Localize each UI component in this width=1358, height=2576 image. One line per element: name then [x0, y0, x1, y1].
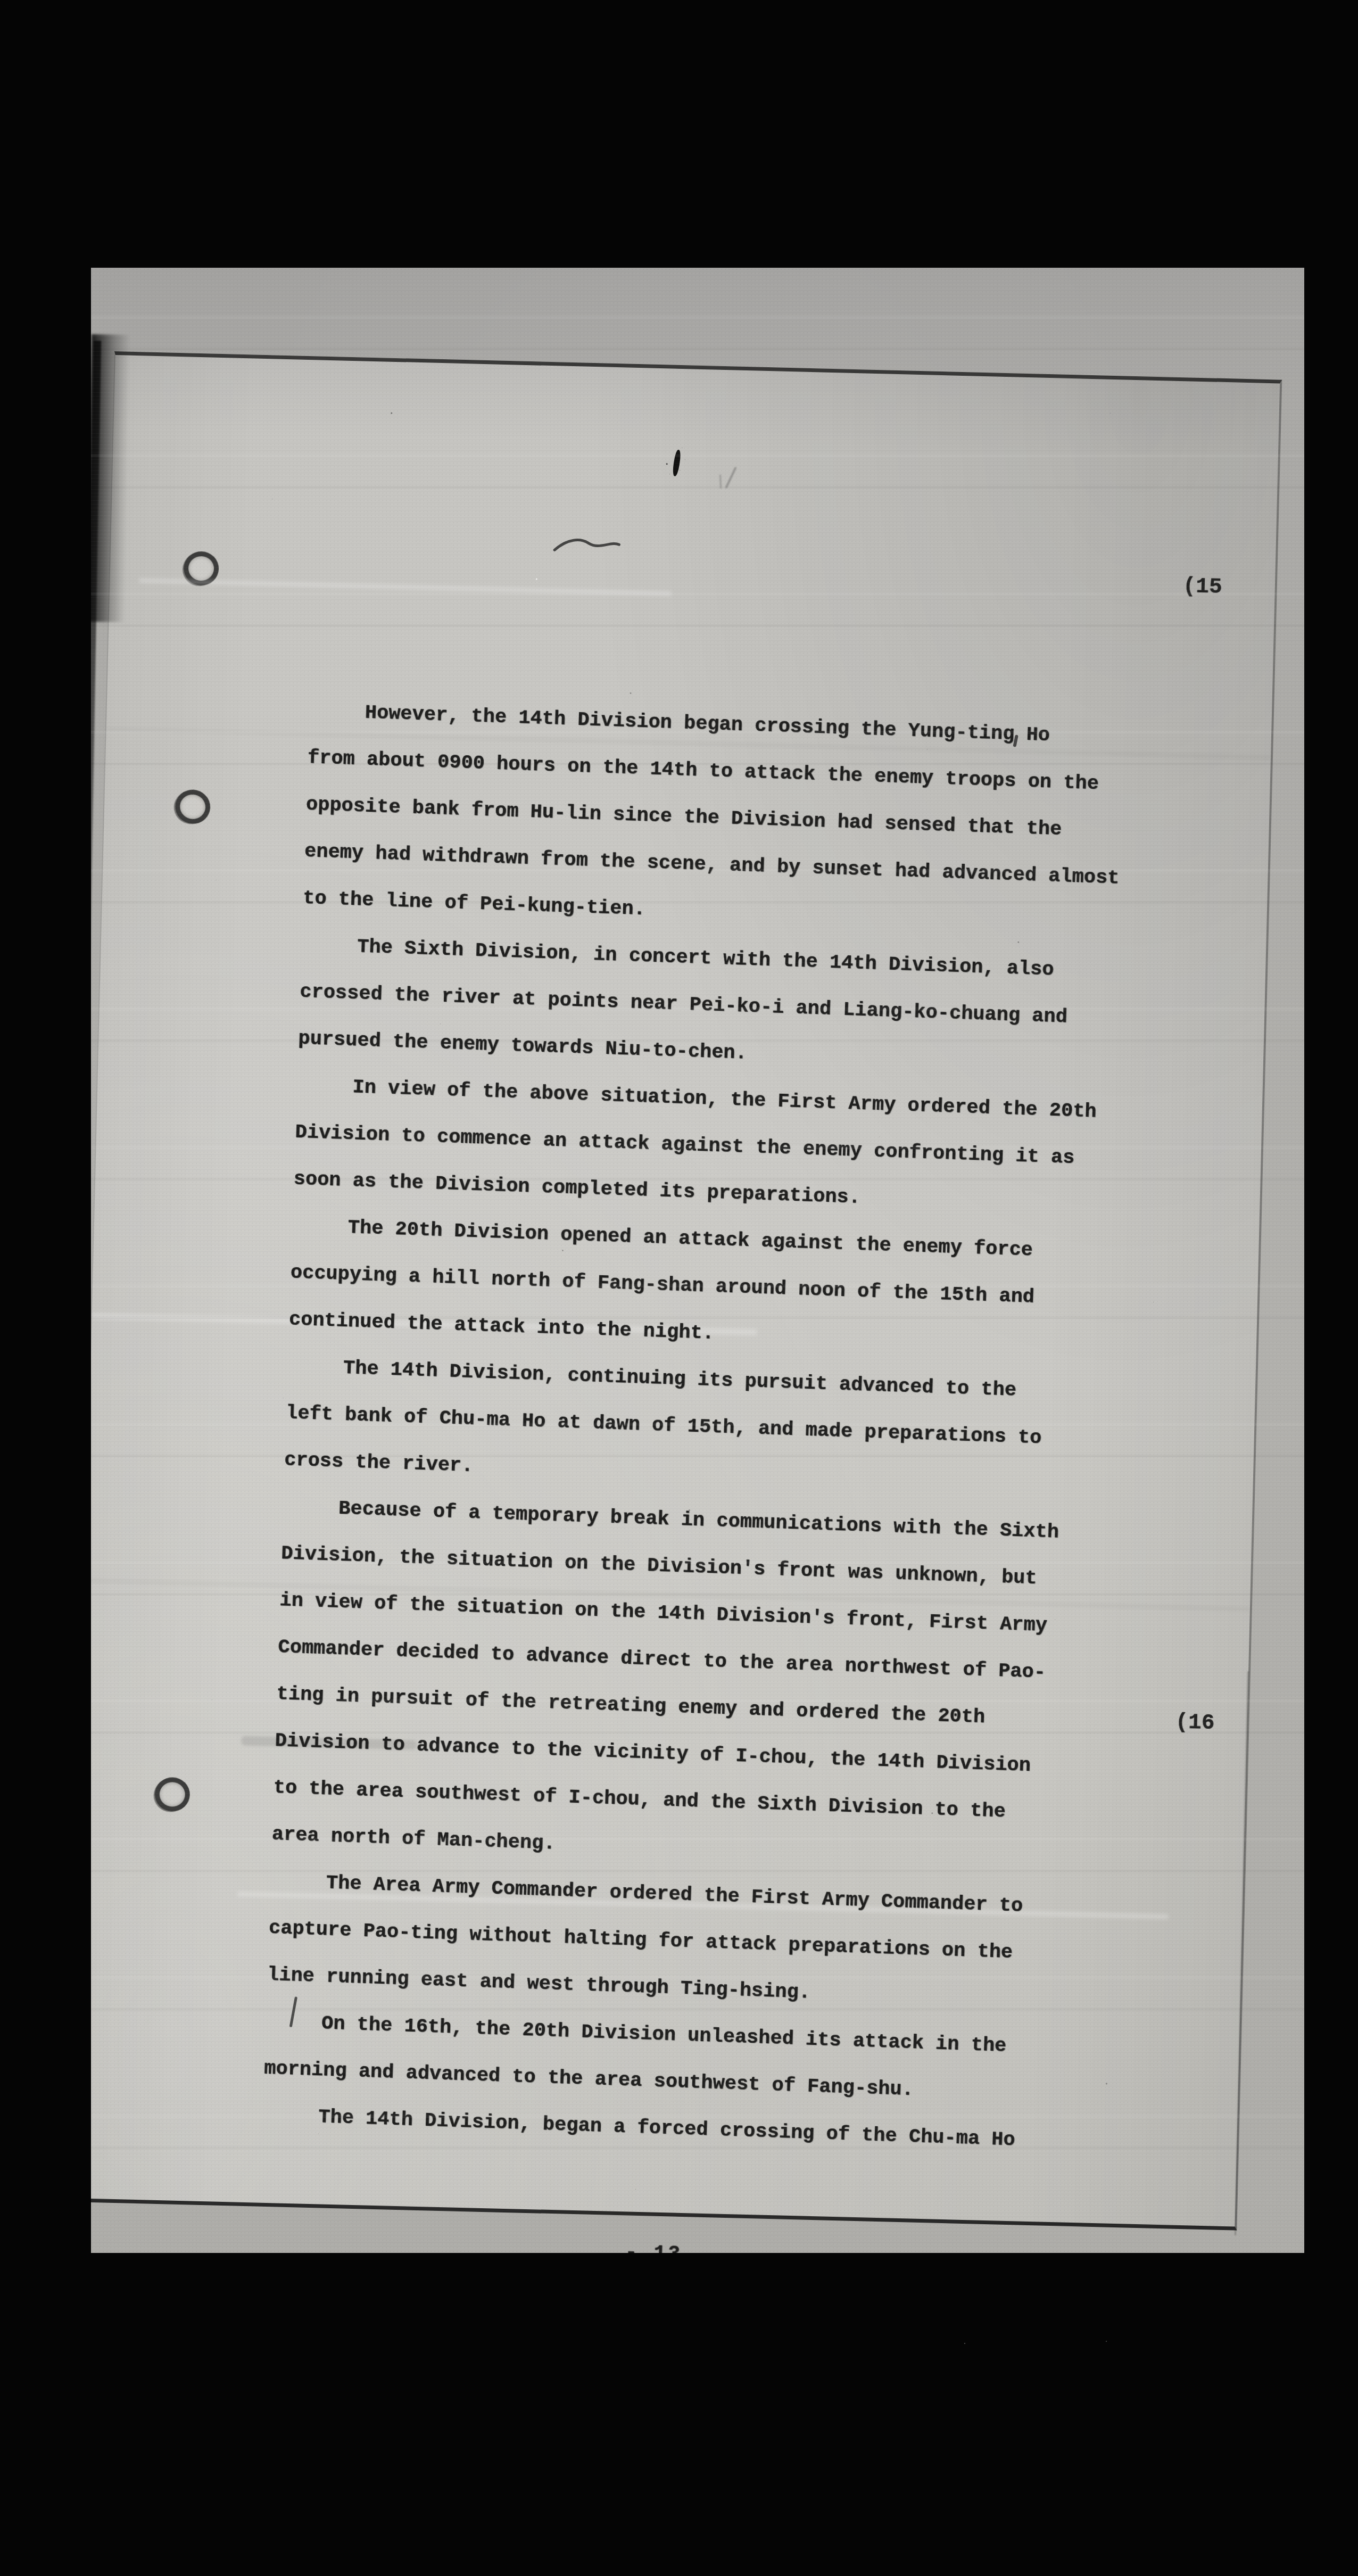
black-border-bottom [0, 2253, 1358, 2576]
black-border-left [0, 0, 91, 2576]
punch-hole-ring [172, 786, 214, 828]
punch-hole-ring [154, 1777, 191, 1812]
smudge-mark [725, 467, 736, 489]
document-page: However, the 14th Division began crossin… [69, 351, 1282, 2231]
punch-hole-ring [183, 551, 219, 586]
black-border-top [0, 0, 1358, 268]
ink-blot-mark [672, 449, 682, 476]
margin-annotation-16: (16 [1175, 1712, 1215, 1735]
pen-swoosh-mark [551, 534, 622, 558]
typed-text-block: However, the 14th Division began crossin… [254, 547, 1155, 2386]
black-border-right [1304, 0, 1358, 2576]
photostat-scan: However, the 14th Division began crossin… [0, 0, 1358, 2576]
margin-annotation-15: (15 [1182, 576, 1222, 599]
film-specks [0, 0, 1, 1]
